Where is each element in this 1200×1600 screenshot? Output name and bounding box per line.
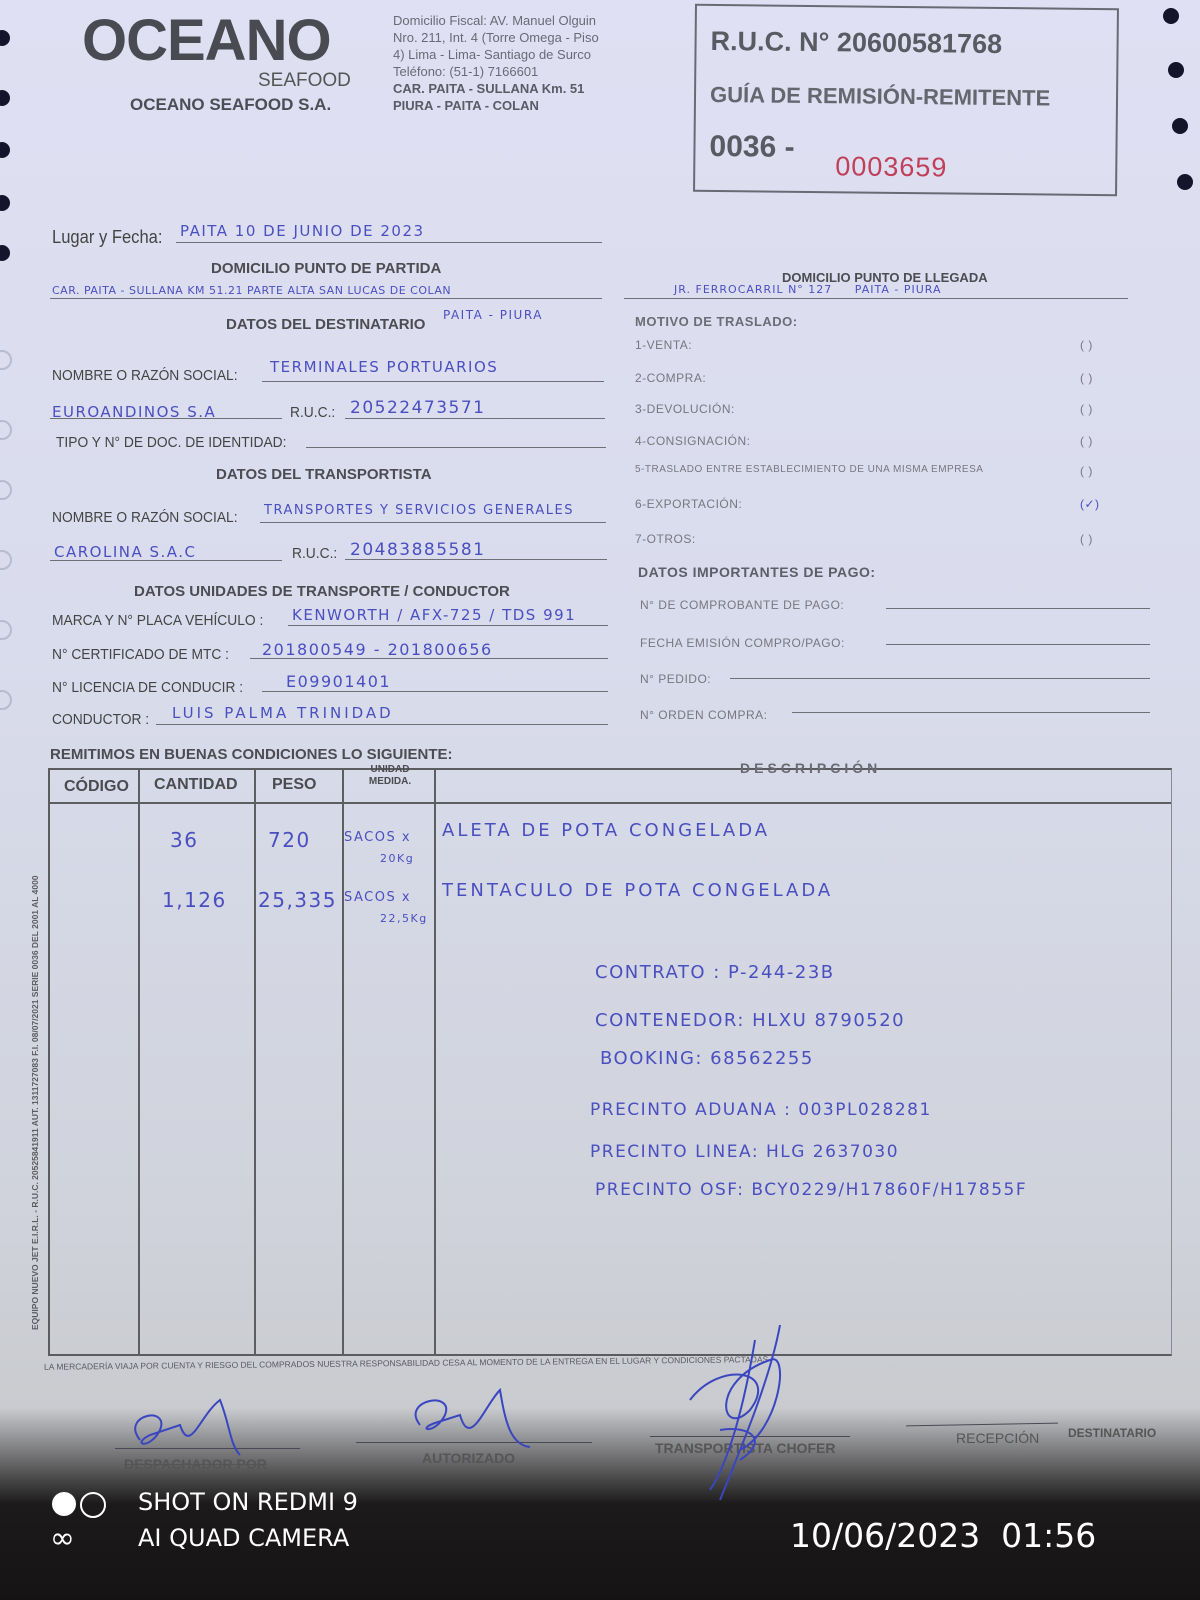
motivo-option-label: 2-COMPRA:: [635, 371, 706, 385]
dest-ruc-label: R.U.C.:: [290, 404, 335, 421]
ruc-box: R.U.C. N° 20600581768 GUÍA DE REMISIÓN-R…: [693, 4, 1119, 196]
trans-ruc-value: 20483885581: [350, 540, 485, 560]
cell-cantidad: 1,126: [162, 888, 227, 912]
signature-label-recepcion: RECEPCIÓN: [956, 1430, 1039, 1446]
items-table: CÓDIGO CANTIDAD PESO UNIDAD MEDIDA. DESC…: [48, 768, 1172, 1356]
remission-guide-document: OCEANO SEAFOOD OCEANO SEAFOOD S.A. Domic…: [0, 0, 1200, 1600]
motivo-checkbox[interactable]: (✓): [1080, 497, 1100, 511]
trans-nombre-value-1: TRANSPORTES Y SERVICIOS GENERALES: [264, 503, 574, 518]
partida-title: DOMICILIO PUNTO DE PARTIDA: [211, 260, 441, 277]
document-number: 0003659: [835, 151, 947, 183]
pago-field-input[interactable]: [886, 608, 1150, 609]
motivo-checkbox[interactable]: ( ): [1080, 338, 1093, 352]
binder-hole: [1172, 118, 1188, 134]
motivo-option-label: 5-TRASLADO ENTRE ESTABLECIMIENTO DE UNA …: [635, 464, 983, 475]
motivo-option-label: 1-VENTA:: [635, 338, 692, 352]
company-address: Domicilio Fiscal: AV. Manuel Olguin Nro.…: [393, 12, 599, 114]
watermark-datetime: 10/06/2023 01:56: [790, 1516, 1096, 1555]
motivo-checkbox[interactable]: ( ): [1080, 371, 1093, 385]
binder-hole: [0, 480, 12, 500]
shipment-note: CONTRATO : P-244-23B: [595, 962, 835, 983]
placa-value: KENWORTH / AFX-725 / TDS 991: [292, 606, 576, 624]
binder-hole: [0, 420, 12, 440]
binder-hole: [1168, 62, 1184, 78]
signature-despachador: [110, 1395, 310, 1465]
address-line: Teléfono: (51-1) 7166601: [393, 63, 599, 80]
col-header-codigo: CÓDIGO: [64, 778, 129, 796]
dest-nombre-label: NOMBRE O RAZÓN SOCIAL:: [52, 367, 238, 384]
company-name: OCEANO SEAFOOD S.A.: [130, 95, 331, 115]
cell-descripcion: ALETA DE POTA CONGELADA: [442, 820, 770, 841]
motivo-option-label: 6-EXPORTACIÓN:: [635, 497, 742, 511]
shipment-note: BOOKING: 68562255: [600, 1048, 814, 1069]
printer-side-note: EQUIPO NUEVO JET E.I.R.L. - R.U.C. 20525…: [30, 770, 40, 1330]
company-logo-sub: SEAFOOD: [258, 70, 351, 92]
watermark-line-2: AI QUAD CAMERA: [138, 1524, 349, 1552]
binder-hole: [0, 142, 10, 158]
pago-title: DATOS IMPORTANTES DE PAGO:: [638, 564, 876, 580]
company-logo: OCEANO: [82, 12, 331, 70]
pago-field-label: N° ORDEN COMPRA:: [640, 708, 767, 722]
dest-nombre-value-1: TERMINALES PORTUARIOS: [270, 358, 498, 376]
conductor-value: LUIS PALMA TRINIDAD: [172, 704, 394, 722]
cell-unidad: SACOS x: [344, 890, 411, 905]
motivo-checkbox[interactable]: ( ): [1080, 532, 1093, 546]
binder-hole: [0, 195, 10, 211]
address-line: Nro. 211, Int. 4 (Torre Omega - Piso: [393, 29, 599, 46]
destinatario-title: DATOS DEL DESTINATARIO: [226, 316, 425, 333]
binder-hole: [0, 550, 12, 570]
binder-hole: [1163, 8, 1179, 24]
binder-hole: [0, 245, 10, 261]
signature-autorizado: [400, 1385, 600, 1460]
table-title: REMITIMOS EN BUENAS CONDICIONES LO SIGUI…: [50, 746, 453, 763]
placa-label: MARCA Y N° PLACA VEHÍCULO :: [52, 612, 263, 629]
binder-hole: [0, 30, 10, 46]
motivo-checkbox[interactable]: ( ): [1080, 464, 1093, 478]
watermark-line-1: SHOT ON REDMI 9: [138, 1488, 358, 1516]
llegada-value: JR. FERROCARRIL N° 127 PAITA - PIURA: [674, 283, 941, 296]
infinity-icon: ∞: [50, 1524, 75, 1554]
col-header-peso: PESO: [272, 776, 316, 794]
licencia-label: N° LICENCIA DE CONDUCIR :: [52, 679, 243, 696]
doc-identidad-label: TIPO Y N° DE DOC. DE IDENTIDAD:: [56, 434, 286, 451]
trans-ruc-label: R.U.C.:: [292, 545, 337, 562]
destinatario-note: PAITA - PIURA: [443, 308, 543, 322]
trans-nombre-value-2: CAROLINA S.A.C: [54, 543, 197, 561]
motivo-title: MOTIVO DE TRASLADO:: [635, 314, 798, 329]
cell-cantidad: 36: [170, 828, 198, 852]
motivo-option-label: 7-OTROS:: [635, 532, 696, 546]
conductor-label: CONDUCTOR :: [52, 711, 149, 728]
pago-field-label: N° DE COMPROBANTE DE PAGO:: [640, 598, 844, 612]
cell-unidad-detail: 20Kg: [380, 852, 414, 865]
signature-transportista: [680, 1320, 830, 1510]
address-line: CAR. PAITA - SULLANA Km. 51: [393, 80, 599, 97]
document-type: GUÍA DE REMISIÓN-REMITENTE: [710, 82, 1050, 112]
trans-nombre-label: NOMBRE O RAZÓN SOCIAL:: [52, 509, 238, 526]
col-header-cantidad: CANTIDAD: [154, 776, 238, 794]
shipment-note: PRECINTO OSF: BCY0229/H17860F/H17855F: [595, 1180, 1027, 1200]
signature-label-destinatario: DESTINATARIO: [1068, 1426, 1156, 1440]
pago-field-label: N° PEDIDO:: [640, 672, 711, 686]
mtc-value: 201800549 - 201800656: [262, 640, 493, 659]
pago-field-input[interactable]: [886, 644, 1150, 645]
partida-value: CAR. PAITA - SULLANA KM 51.21 PARTE ALTA…: [52, 284, 451, 297]
address-line: Domicilio Fiscal: AV. Manuel Olguin: [393, 12, 599, 29]
motivo-checkbox[interactable]: ( ): [1080, 434, 1093, 448]
shipment-note: PRECINTO LINEA: HLG 2637030: [590, 1142, 899, 1162]
shipment-note: PRECINTO ADUANA : 003PL028281: [590, 1100, 932, 1120]
binder-hole: [0, 350, 12, 370]
motivo-option-label: 3-DEVOLUCIÓN:: [635, 402, 735, 416]
binder-hole: [0, 90, 10, 106]
shipment-note: CONTENEDOR: HLXU 8790520: [595, 1010, 905, 1031]
licencia-value: E09901401: [286, 672, 391, 691]
cell-descripcion: TENTACULO DE POTA CONGELADA: [442, 880, 833, 901]
disclaimer: LA MERCADERÍA VIAJA POR CUENTA Y RIESGO …: [44, 1354, 768, 1372]
address-line: PIURA - PAITA - COLAN: [393, 97, 599, 114]
ruc-number: R.U.C. N° 20600581768: [710, 26, 1002, 60]
cell-unidad: SACOS x: [344, 830, 411, 845]
binder-hole: [0, 620, 12, 640]
col-header-descripcion: DESCRIPCIÓN: [740, 760, 881, 776]
unidades-title: DATOS UNIDADES DE TRANSPORTE / CONDUCTOR: [134, 583, 510, 600]
transportista-title: DATOS DEL TRANSPORTISTA: [216, 466, 432, 483]
address-line: 4) Lima - Lima- Santiago de Surco: [393, 46, 599, 63]
binder-hole: [1177, 174, 1193, 190]
mtc-label: N° CERTIFICADO DE MTC :: [52, 646, 229, 663]
pago-field-input[interactable]: [730, 678, 1150, 679]
cell-unidad-detail: 22,5Kg: [380, 912, 428, 925]
lugar-fecha-label: Lugar y Fecha:: [52, 227, 162, 248]
cell-peso: 720: [268, 828, 311, 852]
lugar-fecha-value: PAITA 10 DE JUNIO DE 2023: [180, 222, 425, 240]
dest-ruc-value: 20522473571: [350, 398, 485, 418]
motivo-checkbox[interactable]: ( ): [1080, 402, 1093, 416]
pago-field-input[interactable]: [792, 712, 1150, 713]
dest-nombre-value-2: EUROANDINOS S.A: [52, 403, 216, 421]
pago-field-label: FECHA EMISIÓN COMPRO/PAGO:: [640, 636, 845, 650]
motivo-option-label: 4-CONSIGNACIÓN:: [635, 434, 751, 448]
col-header-unidad: UNIDAD MEDIDA.: [360, 764, 420, 788]
binder-hole: [0, 690, 12, 710]
document-series: 0036 -: [709, 130, 794, 165]
cell-peso: 25,335: [258, 888, 337, 912]
camera-watermark-dot-icon: [52, 1492, 76, 1516]
camera-watermark-ring-icon: [80, 1492, 106, 1518]
